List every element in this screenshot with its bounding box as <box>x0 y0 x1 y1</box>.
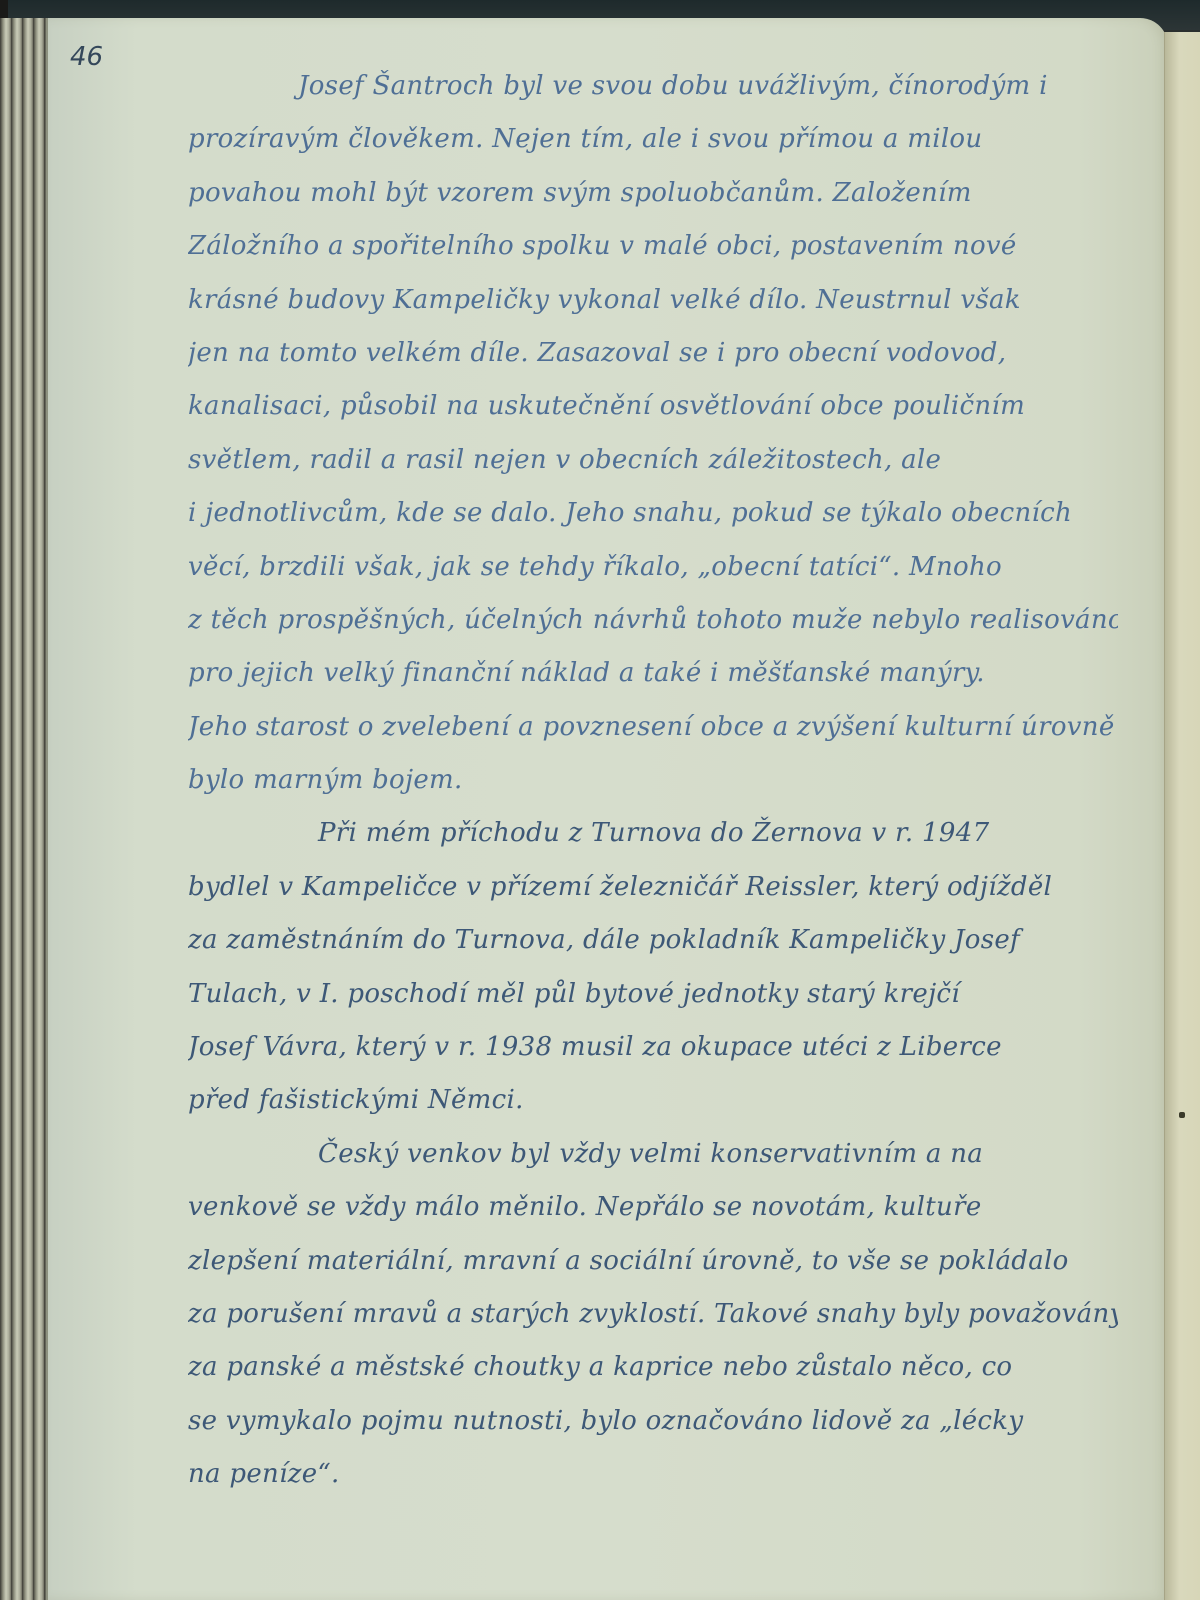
text-line: zlepšení materiální, mravní a sociální ú… <box>188 1235 1118 1288</box>
text-line: povahou mohl být vzorem svým spoluobčanů… <box>188 167 1118 220</box>
ledger-page: 46 Josef Šantroch byl ve svou dobu uvážl… <box>46 18 1168 1600</box>
text-line: za panské a městské choutky a kaprice ne… <box>188 1341 1118 1394</box>
text-line: Záložního a spořitelního spolku v malé o… <box>188 220 1118 273</box>
text-line: Při mém příchodu z Turnova do Žernova v … <box>188 807 1118 860</box>
text-line: jen na tomto velkém díle. Zasazoval se i… <box>188 327 1118 380</box>
text-line: kanalisaci, působil na uskutečnění osvět… <box>188 380 1118 433</box>
page-number: 46 <box>70 42 103 72</box>
handwritten-text-body: Josef Šantroch byl ve svou dobu uvážlivý… <box>188 60 1118 1502</box>
text-line: před fašistickými Němci. <box>188 1074 1118 1127</box>
text-line: krásné budovy Kampeličky vykonal velké d… <box>188 274 1118 327</box>
text-line: věcí, brzdili však, jak se tehdy říkalo,… <box>188 541 1118 594</box>
text-line: Jeho starost o zvelebení a povznesení ob… <box>188 701 1118 754</box>
text-line: Tulach, v I. poschodí měl půl bytové jed… <box>188 968 1118 1021</box>
page-edges-stack <box>0 18 50 1600</box>
text-line: na peníze“. <box>188 1448 1118 1501</box>
text-line: i jednotlivcům, kde se dalo. Jeho snahu,… <box>188 487 1118 540</box>
text-line: venkově se vždy málo měnilo. Nepřálo se … <box>188 1181 1118 1234</box>
text-line: za zaměstnáním do Turnova, dále pokladní… <box>188 914 1118 967</box>
text-line: se vymykalo pojmu nutnosti, bylo označov… <box>188 1395 1118 1448</box>
facing-page-edge <box>1164 32 1200 1600</box>
text-line: bylo marným bojem. <box>188 754 1118 807</box>
ink-spot <box>1179 1112 1185 1118</box>
text-line: Josef Vávra, který v r. 1938 musil za ok… <box>188 1021 1118 1074</box>
text-line: za porušení mravů a starých zvyklostí. T… <box>188 1288 1118 1341</box>
text-line: světlem, radil a rasil nejen v obecních … <box>188 434 1118 487</box>
text-line: prozíravým člověkem. Nejen tím, ale i sv… <box>188 113 1118 166</box>
text-line: Český venkov byl vždy velmi konservativn… <box>188 1128 1118 1181</box>
text-line: pro jejich velký finanční náklad a také … <box>188 647 1118 700</box>
text-line: z těch prospěšných, účelných návrhů toho… <box>188 594 1118 647</box>
text-line: Josef Šantroch byl ve svou dobu uvážlivý… <box>188 60 1118 113</box>
text-line: bydlel v Kampeličce v přízemí železničář… <box>188 861 1118 914</box>
